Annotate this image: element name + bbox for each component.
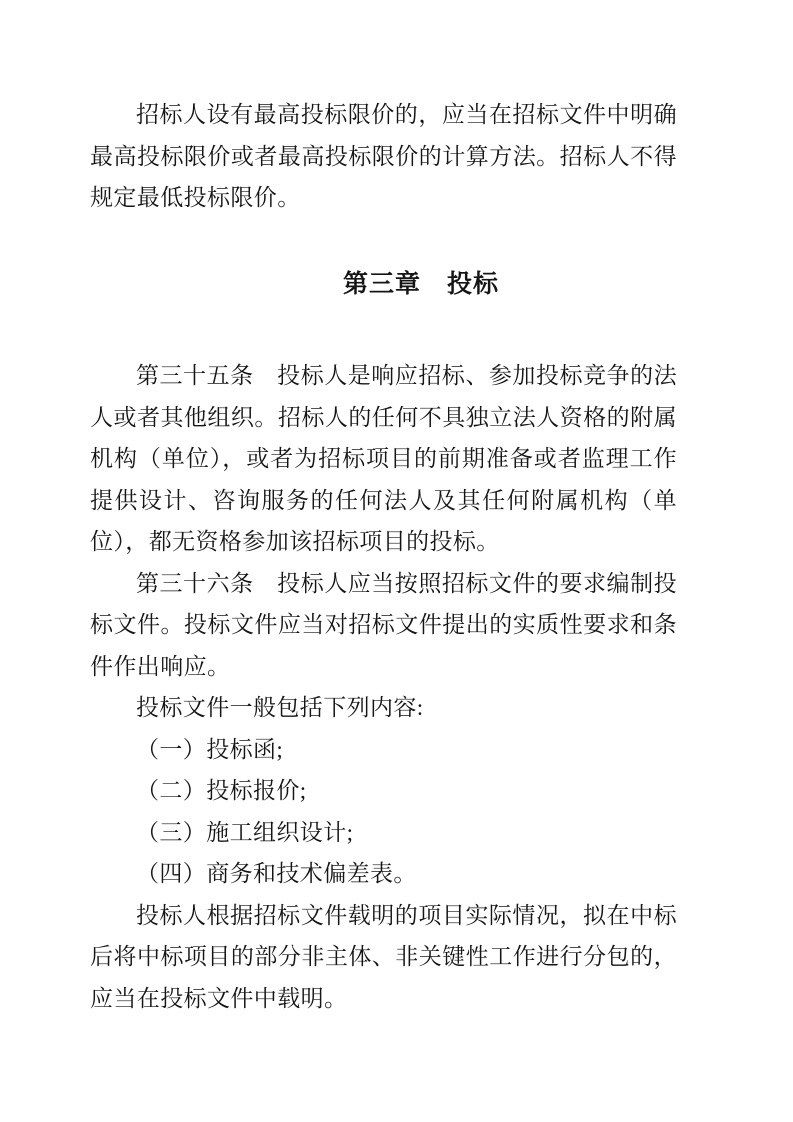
paragraph: 第三十五条 投标人是响应招标、参加投标竞争的法人或者其他组织。招标人的任何不具独… — [90, 355, 677, 563]
document-body: 招标人设有最高投标限价的，应当在招标文件中明确最高投标限价或者最高投标限价的计算… — [90, 94, 677, 1019]
paragraph: 第三十六条 投标人应当按照招标文件的要求编制投标文件。投标文件应当对招标文件提出… — [90, 563, 677, 688]
paragraph: （二）投标报价; — [90, 770, 677, 812]
document-page: 招标人设有最高投标限价的，应当在招标文件中明确最高投标限价或者最高投标限价的计算… — [0, 0, 793, 1122]
paragraph: 投标文件一般包括下列内容: — [90, 687, 677, 729]
paragraph: （三）施工组织设计; — [90, 812, 677, 854]
paragraph: 招标人设有最高投标限价的，应当在招标文件中明确最高投标限价或者最高投标限价的计算… — [90, 94, 677, 219]
chapter-heading: 第三章 投标 — [90, 264, 677, 306]
paragraph: （四）商务和技术偏差表。 — [90, 853, 677, 895]
paragraph: 投标人根据招标文件载明的项目实际情况，拟在中标后将中标项目的部分非主体、非关键性… — [90, 895, 677, 1020]
paragraph: （一）投标函; — [90, 729, 677, 771]
